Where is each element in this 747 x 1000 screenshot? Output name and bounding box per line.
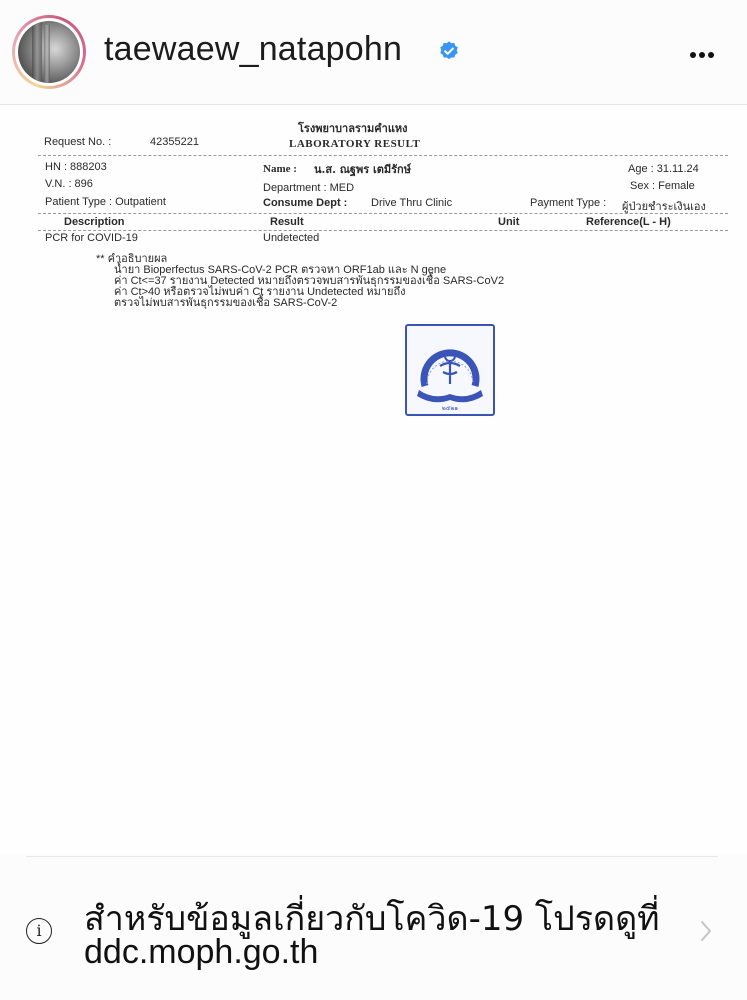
avatar-border: [15, 18, 83, 86]
name-label: Name :: [263, 163, 297, 175]
hospital-seal-stamp-icon: ๒๕๒๑: [405, 324, 495, 416]
post-header: taewaew_natapohn: [0, 0, 747, 104]
result-row-value: Undetected: [263, 232, 319, 244]
consume-dept-label: Consume Dept :: [263, 197, 347, 209]
more-horizontal-icon: [690, 52, 696, 58]
hospital-name: โรงพยาบาลรามคำแหง: [298, 119, 408, 137]
payment-type-label: Payment Type :: [530, 197, 606, 209]
divider: [38, 230, 728, 231]
sex-field: Sex : Female: [630, 180, 695, 192]
column-header-unit: Unit: [498, 216, 519, 228]
note-line: ตรวจไม่พบสารพันธุกรรมของเชื้อ SARS-CoV-2: [114, 293, 337, 311]
vn-field: V.N. : 896: [45, 178, 93, 190]
post-image-lab-result[interactable]: โรงพยาบาลรามคำแหง LABORATORY RESULT Requ…: [0, 105, 747, 855]
covid-info-link[interactable]: ddc.moph.go.th: [84, 933, 318, 972]
more-horizontal-icon: [708, 52, 714, 58]
age-field: Age : 31.11.24: [628, 163, 699, 175]
request-no-value: 42355221: [150, 136, 199, 148]
patient-type-field: Patient Type : Outpatient: [45, 196, 166, 208]
more-horizontal-icon: [699, 52, 705, 58]
verified-badge-icon: [438, 40, 460, 62]
avatar-story-ring[interactable]: [12, 15, 86, 89]
more-options-button[interactable]: [688, 44, 715, 58]
consume-dept-value: Drive Thru Clinic: [371, 197, 452, 209]
username-link[interactable]: taewaew_natapohn: [104, 30, 402, 69]
info-circle-icon: i: [26, 918, 52, 944]
svg-text:๒๕๒๑: ๒๕๒๑: [442, 405, 458, 412]
hn-field: HN : 888203: [45, 161, 107, 173]
result-row-description: PCR for COVID-19: [45, 232, 138, 244]
patient-name: น.ส. ณฐพร เตมีรักษ์: [314, 160, 411, 178]
column-header-result: Result: [270, 216, 304, 228]
column-header-description: Description: [64, 216, 125, 228]
divider: [38, 155, 728, 156]
request-no-label: Request No. :: [44, 136, 111, 148]
avatar: [18, 21, 80, 83]
department-field: Department : MED: [263, 182, 354, 194]
document-title: LABORATORY RESULT: [289, 138, 420, 150]
covid-info-banner[interactable]: i สำหรับข้อมูลเกี่ยวกับโควิด-19 โปรดดูที…: [0, 857, 747, 1000]
column-header-reference: Reference(L - H): [586, 216, 671, 228]
chevron-right-icon[interactable]: [700, 919, 712, 943]
seal-emblem-icon: ๒๕๒๑: [407, 326, 493, 414]
divider: [38, 213, 728, 214]
